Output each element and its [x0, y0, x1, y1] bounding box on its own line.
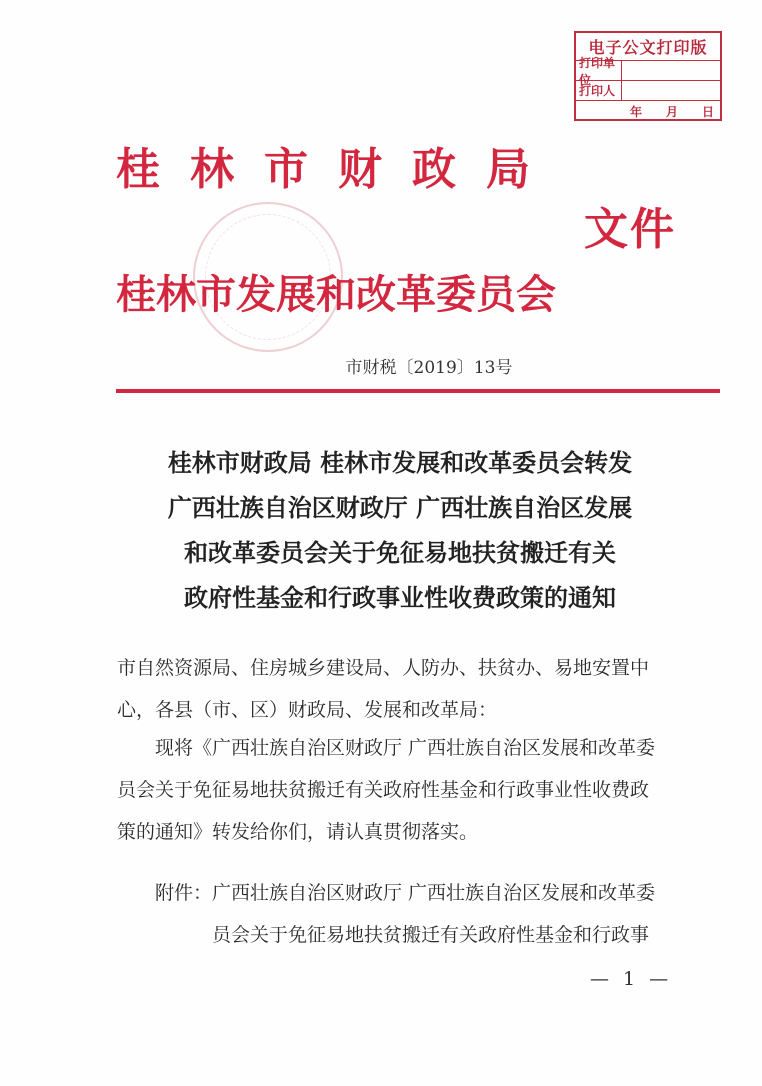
stamp-date: 年 月 日	[576, 101, 720, 121]
body-line: 现将《广西壮族自治区财政厅 广西壮族自治区发展和改革委	[117, 727, 722, 769]
attachment-note: 附件：广西壮族自治区财政厅 广西壮族自治区发展和改革委 员会关于免征易地扶贫搬迁…	[117, 872, 722, 956]
title-line: 桂林市财政局 桂林市发展和改革委员会转发	[110, 440, 690, 485]
stamp-month: 月	[666, 103, 678, 120]
recipients-line: 市自然资源局、住房城乡建设局、人防办、扶贫办、易地安置中	[117, 647, 722, 689]
page-number: — 1 —	[590, 968, 672, 990]
document-suffix: 文件	[584, 193, 676, 257]
document-title: 桂林市财政局 桂林市发展和改革委员会转发 广西壮族自治区财政厅 广西壮族自治区发…	[110, 440, 690, 620]
recipients-line: 心，各县（市、区）财政局、发展和改革局：	[117, 689, 722, 731]
body-line: 策的通知》转发给你们，请认真贯彻落实。	[117, 811, 722, 853]
title-line: 政府性基金和行政事业性收费政策的通知	[110, 575, 690, 620]
recipients: 市自然资源局、住房城乡建设局、人防办、扶贫办、易地安置中 心，各县（市、区）财政…	[117, 647, 722, 731]
body-line: 员会关于免征易地扶贫搬迁有关政府性基金和行政事业性收费政	[117, 769, 722, 811]
red-divider-line	[116, 389, 720, 393]
issuing-org-finance-bureau: 桂林市财政局	[116, 133, 560, 197]
attachment-line: 附件：广西壮族自治区财政厅 广西壮族自治区发展和改革委	[117, 872, 722, 914]
stamp-label-printer: 打印人	[576, 81, 622, 100]
title-line: 和改革委员会关于免征易地扶贫搬迁有关	[110, 530, 690, 575]
stamp-year: 年	[630, 103, 642, 120]
title-line: 广西壮族自治区财政厅 广西壮族自治区发展	[110, 485, 690, 530]
document-number: 市财税〔2019〕13号	[0, 353, 762, 378]
stamp-field-printer: 打印人	[576, 81, 720, 101]
electronic-print-stamp: 电子公文打印版 打印单位 打印人 年 月 日	[574, 31, 722, 121]
document-page: 电子公文打印版 打印单位 打印人 年 月 日 桂林市财政局 文件 桂林市发展和改…	[0, 0, 762, 1086]
body-paragraph: 现将《广西壮族自治区财政厅 广西壮族自治区发展和改革委 员会关于免征易地扶贫搬迁…	[117, 727, 722, 853]
attachment-line: 员会关于免征易地扶贫搬迁有关政府性基金和行政事	[117, 914, 722, 956]
stamp-field-print-unit: 打印单位	[576, 61, 720, 81]
stamp-day: 日	[702, 103, 714, 120]
issuing-org-development-reform-commission: 桂林市发展和改革委员会	[116, 263, 556, 320]
stamp-label-print-unit: 打印单位	[576, 61, 622, 80]
